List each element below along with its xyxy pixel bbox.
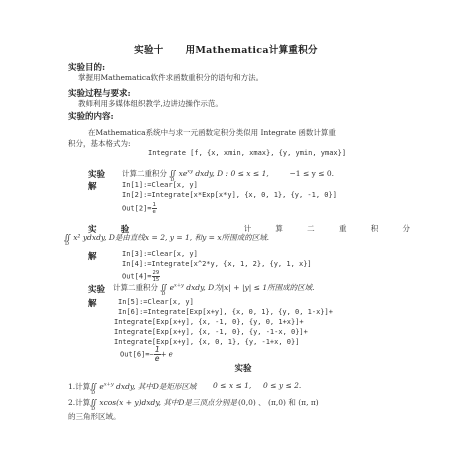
example1-problem: 计算二重积分 ∬D xexy dxdy, D : 0 ≤ x ≤ 1, −1 ≤… xyxy=(122,168,334,179)
output-6-tail: + e xyxy=(161,351,173,359)
word: 算 xyxy=(275,223,283,235)
content-heading: 实验的内容: xyxy=(68,110,114,122)
example1-domain: dxdy, D : 0 ≤ x ≤ 1, xyxy=(195,169,268,178)
double-integral-symbol: ∬D xyxy=(90,398,97,407)
example1-label: 实验 xyxy=(88,168,105,180)
example2-solve-label: 解 xyxy=(88,250,97,262)
double-integral-symbol: ∬D xyxy=(160,283,167,292)
example3-domain: dxdy, D为|x| + |y| ≤ 1所围成的区域. xyxy=(186,283,314,292)
exercise-2-line2: 的三角形区域。 xyxy=(68,411,121,422)
example3-problem: 计算二重积分 ∬D ex+y dxdy, D为|x| + |y| ≤ 1所围成的… xyxy=(113,282,314,293)
double-integral-symbol: ∬D xyxy=(64,233,71,242)
ex1-exponent: x+y xyxy=(104,382,114,388)
exercise-2: 2.计算∬D xcos(x + y)dxdy, 其中D是三顶点分别是 (0,0)… xyxy=(68,397,398,408)
exercise-1: 1.计算∬D ex+y dxdy, 其中D是矩形区域 0 ≤ x ≤ 1, 0 … xyxy=(68,381,398,392)
intro-line2: 积分，基本格式为: xyxy=(68,138,131,149)
example1-solve-label: 解 xyxy=(88,180,97,192)
example1-integrand: xe xyxy=(179,169,188,178)
example2-problem: ∬D x² ydxdy, D是由直线x = 2, y = 1, 和y = x所围… xyxy=(64,232,269,243)
page-title: 实验十用Mathematica计算重积分 xyxy=(0,42,452,56)
ex2-prefix: 2.计算 xyxy=(68,398,90,407)
ex1-text: dxdy, 其中D是矩形区域 xyxy=(116,382,196,391)
input-6-line3: Integrate[Exp[x+y], {x, -1, 0}, {y, -1-x… xyxy=(114,328,308,336)
input-1: In[1]:=Clear[x, y] xyxy=(122,181,198,189)
double-integral-symbol: ∬D xyxy=(169,169,176,178)
example3-label: 实验 xyxy=(88,283,105,295)
example3-solve-label: 解 xyxy=(88,297,97,309)
ex1-cond1: 0 ≤ x ≤ 1, xyxy=(213,381,251,390)
input-2: In[2]:=Integrate[x*Exp[x*y], {x, 0, 1}, … xyxy=(122,191,337,199)
input-5: In[5]:=Clear[x, y] xyxy=(118,298,194,306)
input-4: In[4]:=Integrate[x^2*y, {x, 1, 2}, {y, 1… xyxy=(122,260,312,268)
process-text: 教师利用多媒体组织教学,边讲边操作示范。 xyxy=(78,98,223,109)
output-2: Out[2]=1e xyxy=(122,202,157,215)
intro-line1: 在Mathematica系统中与求一元函数定积分类似用 Integrate 函数… xyxy=(88,127,336,138)
word: 分 xyxy=(403,223,411,235)
exercises-heading: 实验 xyxy=(0,362,452,374)
objective-text: 掌握用Mathematica软件求函数重积分的语句和方法。 xyxy=(78,72,263,83)
frac-num: 1 xyxy=(152,202,157,209)
ex2-points: (0,0) 、 (π,0) 和 (π, π) xyxy=(238,397,319,408)
example2-text: x² ydxdy, D是由直线x = 2, y = 1, 和y = x所围成的区… xyxy=(73,233,269,242)
example1-prompt: 计算二重积分 xyxy=(122,169,167,178)
input-6-line4: Integrate[Exp[x+y], {x, 0, 1}, {y, -1+x,… xyxy=(114,338,299,346)
output-4-prefix: Out[4]= xyxy=(122,273,152,281)
example1-cond2: −1 ≤ y ≤ 0. xyxy=(290,169,335,178)
ex1-prefix: 1.计算 xyxy=(68,382,90,391)
output-2-prefix: Out[2]= xyxy=(122,205,152,213)
input-3: In[3]:=Clear[x, y] xyxy=(122,250,198,258)
example1-exponent: xy xyxy=(187,169,193,175)
title-part2: 用Mathematica计算重积分 xyxy=(186,45,318,56)
output-6-prefix: Out[6]= xyxy=(120,351,150,359)
output-6-fraction: 1e xyxy=(154,346,161,363)
word: 二 xyxy=(307,223,315,235)
integrate-syntax: Integrate [f, {x, xmin, xmax}, {y, ymin,… xyxy=(148,149,346,157)
ex2-text: xcos(x + y)dxdy, 其中D是三顶点分别是 xyxy=(99,398,237,407)
word: 重 xyxy=(339,223,347,235)
output-6: Out[6]=−1e+ e xyxy=(120,346,173,363)
input-6-line1: In[6]:=Integrate[Exp[x+y], {x, 0, 1}, {y… xyxy=(118,308,333,316)
double-integral-symbol: ∬D xyxy=(90,382,97,391)
input-6-line2: Integrate[Exp[x+y], {x, -1, 0}, {y, 0, 1… xyxy=(114,318,304,326)
output-2-fraction: 1e xyxy=(152,202,157,215)
ex1-cond2: 0 ≤ y ≤ 2. xyxy=(263,381,301,390)
word: 积 xyxy=(371,223,379,235)
title-part1: 实验十 xyxy=(134,45,163,56)
example3-exponent: x+y xyxy=(174,283,184,289)
frac-num: 29 xyxy=(152,270,161,277)
example3-prompt: 计算二重积分 xyxy=(113,283,158,292)
frac-den: e xyxy=(152,209,157,215)
